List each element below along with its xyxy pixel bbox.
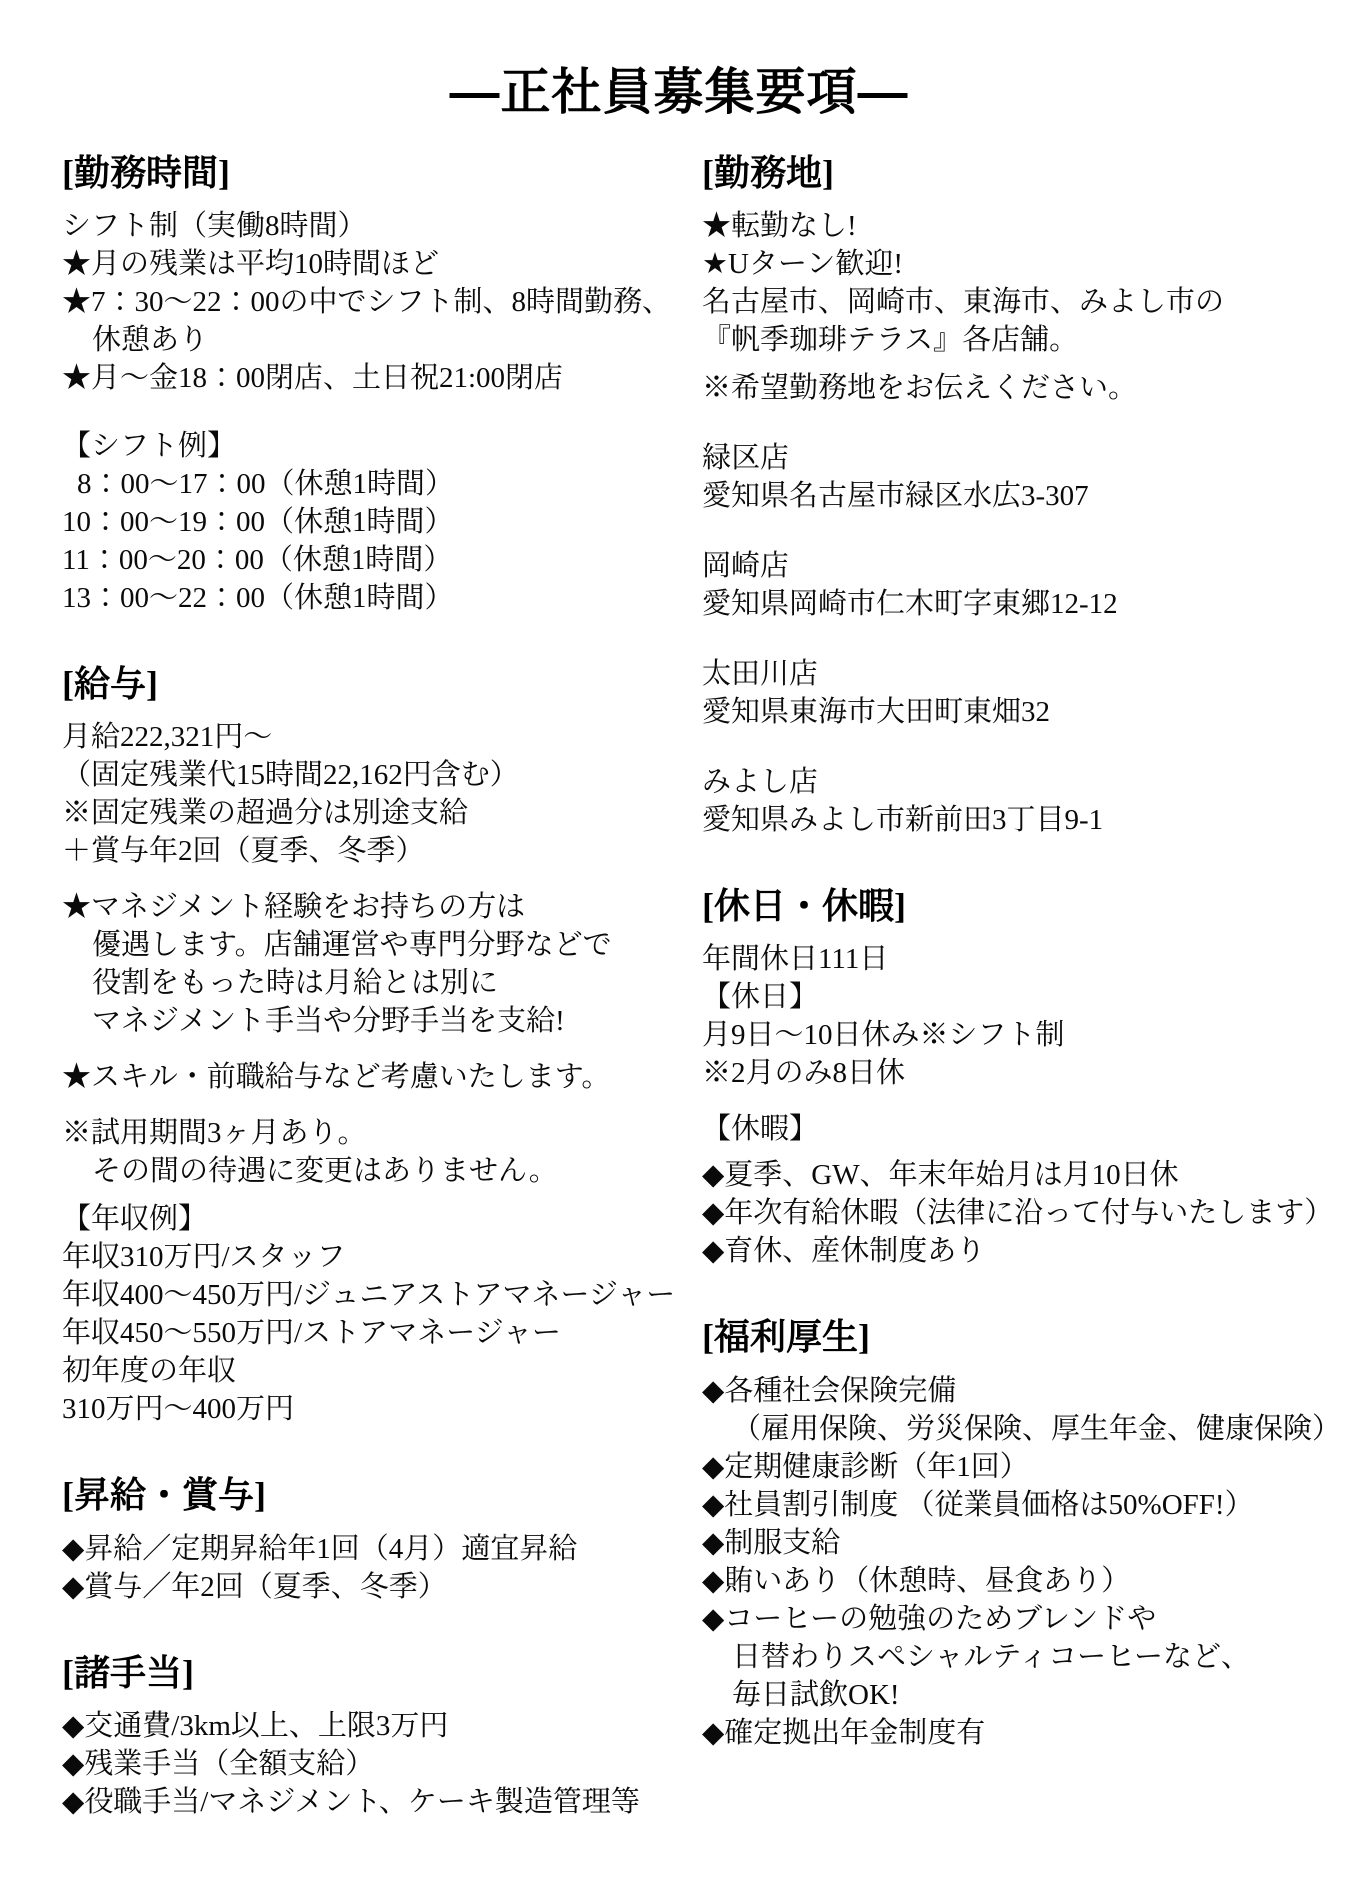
recruitment-document: ―正社員募集要項― [勤務時間] シフト制（実働8時間） ★月の残業は平均10時… bbox=[0, 0, 1358, 1890]
location-heading: [勤務地] bbox=[702, 152, 1328, 195]
shift-example-subheading: 【シフト例】 bbox=[62, 427, 702, 465]
store-address: 愛知県東海市大田町東畑32 bbox=[702, 693, 1328, 731]
benefits-line: ◆賄いあり（休憩時、昼食あり） bbox=[702, 1562, 1328, 1600]
vacation-line: ◆年次有給休暇（法律に沿って付与いたします） bbox=[702, 1194, 1328, 1232]
salary-skill-line: ★スキル・前職給与など考慮いたします。 bbox=[62, 1058, 702, 1096]
benefits-line: ◆制服支給 bbox=[702, 1524, 1328, 1562]
section-benefits: [福利厚生] ◆各種社会保険完備 （雇用保険、労災保険、厚生年金、健康保険） ◆… bbox=[702, 1316, 1328, 1751]
allowances-line: ◆交通費/3km以上、上限3万円 bbox=[62, 1707, 702, 1745]
salary-line: 月給222,321円～ bbox=[62, 718, 702, 756]
store-name: 緑区店 bbox=[702, 439, 1328, 477]
location-line: ★転勤なし! bbox=[702, 207, 1328, 245]
section-work-hours: [勤務時間] シフト制（実働8時間） ★月の残業は平均10時間ほど ★7：30～… bbox=[62, 152, 702, 397]
vacation-line: ◆育休、産休制度あり bbox=[702, 1232, 1328, 1270]
annual-income-line: 年収450～550万円/ストアマネージャー bbox=[62, 1314, 702, 1352]
two-column-layout: [勤務時間] シフト制（実働8時間） ★月の残業は平均10時間ほど ★7：30～… bbox=[0, 152, 1358, 1881]
raise-bonus-line: ◆賞与／年2回（夏季、冬季） bbox=[62, 1568, 702, 1606]
store-midoriku: 緑区店 愛知県名古屋市緑区水広3-307 bbox=[702, 439, 1328, 515]
section-allowances: [諸手当] ◆交通費/3km以上、上限3万円 ◆残業手当（全額支給） ◆役職手当… bbox=[62, 1652, 702, 1821]
benefits-line: ◆定期健康診断（年1回） bbox=[702, 1448, 1328, 1486]
location-line: ★Uターン歓迎! bbox=[702, 245, 1328, 283]
section-salary: [給与] 月給222,321円～ （固定残業代15時間22,162円含む） ※固… bbox=[62, 663, 702, 1428]
holiday-line: ※2月のみ8日休 bbox=[702, 1054, 1328, 1092]
annual-income-subheading: 【年収例】 bbox=[62, 1200, 702, 1238]
page-title: ―正社員募集要項― bbox=[0, 52, 1358, 124]
annual-income-line: 年収400～450万円/ジュニアストアマネージャー bbox=[62, 1276, 702, 1314]
salary-management-line: 優遇します。店舗運営や専門分野などで bbox=[62, 926, 702, 964]
store-name: 太田川店 bbox=[702, 655, 1328, 693]
benefits-line: ◆確定拠出年金制度有 bbox=[702, 1714, 1328, 1752]
salary-line: ＋賞与年2回（夏季、冬季） bbox=[62, 832, 702, 870]
work-hours-line: シフト制（実働8時間） bbox=[62, 207, 702, 245]
raise-bonus-heading: [昇給・賞与] bbox=[62, 1474, 702, 1517]
annual-income-line: 年収310万円/スタッフ bbox=[62, 1238, 702, 1276]
store-address: 愛知県みよし市新前田3丁目9-1 bbox=[702, 801, 1328, 839]
work-hours-line: 休憩あり bbox=[62, 321, 702, 359]
store-name: 岡崎店 bbox=[702, 547, 1328, 585]
shift-example-line: 13：00～22：00（休憩1時間） bbox=[62, 579, 702, 617]
raise-bonus-line: ◆昇給／定期昇給年1回（4月）適宜昇給 bbox=[62, 1530, 702, 1568]
salary-management-line: 役割をもった時は月給とは別に bbox=[62, 964, 702, 1002]
salary-trial-line: その間の待遇に変更はありません。 bbox=[62, 1152, 702, 1190]
store-name: みよし店 bbox=[702, 763, 1328, 801]
location-line: 『帆季珈琲テラス』各店舗。 bbox=[702, 321, 1328, 359]
allowances-line: ◆残業手当（全額支給） bbox=[62, 1745, 702, 1783]
store-miyoshi: みよし店 愛知県みよし市新前田3丁目9-1 bbox=[702, 763, 1328, 839]
shift-example-line: 10：00～19：00（休憩1時間） bbox=[62, 503, 702, 541]
salary-heading: [給与] bbox=[62, 663, 702, 706]
allowances-heading: [諸手当] bbox=[62, 1652, 702, 1695]
left-column: [勤務時間] シフト制（実働8時間） ★月の残業は平均10時間ほど ★7：30～… bbox=[62, 152, 702, 1821]
salary-trial-line: ※試用期間3ヶ月あり。 bbox=[62, 1114, 702, 1152]
section-holidays: [休日・休暇] 年間休日111日 【休日】 月9日～10日休み※シフト制 ※2月… bbox=[702, 885, 1328, 1270]
benefits-line: ◆社員割引制度 （従業員価格は50%OFF!） bbox=[702, 1486, 1328, 1524]
work-hours-heading: [勤務時間] bbox=[62, 152, 702, 195]
store-otagawa: 太田川店 愛知県東海市大田町東畑32 bbox=[702, 655, 1328, 731]
benefits-line: 毎日試飲OK! bbox=[702, 1676, 1328, 1714]
annual-income-line: 310万円～400万円 bbox=[62, 1390, 702, 1428]
benefits-heading: [福利厚生] bbox=[702, 1316, 1328, 1359]
benefits-line: ◆各種社会保険完備 bbox=[702, 1372, 1328, 1410]
salary-management-line: ★マネジメント経験をお持ちの方は bbox=[62, 888, 702, 926]
benefits-line: ◆コーヒーの勉強のためブレンドや bbox=[702, 1600, 1328, 1638]
section-shift-example: 【シフト例】 8：00～17：00（休憩1時間） 10：00～19：00（休憩1… bbox=[62, 427, 702, 617]
work-hours-line: ★月～金18：00閉店、土日祝21:00閉店 bbox=[62, 359, 702, 397]
salary-management-line: マネジメント手当や分野手当を支給! bbox=[62, 1002, 702, 1040]
section-raise-bonus: [昇給・賞与] ◆昇給／定期昇給年1回（4月）適宜昇給 ◆賞与／年2回（夏季、冬… bbox=[62, 1474, 702, 1605]
right-column: [勤務地] ★転勤なし! ★Uターン歓迎! 名古屋市、岡崎市、東海市、みよし市の… bbox=[702, 152, 1328, 1752]
store-address: 愛知県岡崎市仁木町字東郷12-12 bbox=[702, 585, 1328, 623]
benefits-line: 日替わりスペシャルティコーヒーなど、 bbox=[702, 1638, 1328, 1676]
store-address: 愛知県名古屋市緑区水広3-307 bbox=[702, 477, 1328, 515]
location-note: ※希望勤務地をお伝えください。 bbox=[702, 369, 1328, 407]
holidays-annual-line: 年間休日111日 bbox=[702, 940, 1328, 978]
shift-example-line: 11：00～20：00（休憩1時間） bbox=[62, 541, 702, 579]
vacation-line: ◆夏季、GW、年末年始月は月10日休 bbox=[702, 1156, 1328, 1194]
salary-line: （固定残業代15時間22,162円含む） bbox=[62, 756, 702, 794]
location-line: 名古屋市、岡崎市、東海市、みよし市の bbox=[702, 283, 1328, 321]
holiday-subheading: 【休日】 bbox=[702, 978, 1328, 1016]
section-location: [勤務地] ★転勤なし! ★Uターン歓迎! 名古屋市、岡崎市、東海市、みよし市の… bbox=[702, 152, 1328, 839]
work-hours-line: ★7：30～22：00の中でシフト制、8時間勤務、 bbox=[62, 283, 702, 321]
allowances-line: ◆役職手当/マネジメント、ケーキ製造管理等 bbox=[62, 1783, 702, 1821]
holiday-line: 月9日～10日休み※シフト制 bbox=[702, 1016, 1328, 1054]
store-okazaki: 岡崎店 愛知県岡崎市仁木町字東郷12-12 bbox=[702, 547, 1328, 623]
annual-income-line: 初年度の年収 bbox=[62, 1352, 702, 1390]
shift-example-line: 8：00～17：00（休憩1時間） bbox=[62, 465, 702, 503]
work-hours-line: ★月の残業は平均10時間ほど bbox=[62, 245, 702, 283]
benefits-line: （雇用保険、労災保険、厚生年金、健康保険） bbox=[702, 1410, 1328, 1448]
vacation-subheading: 【休暇】 bbox=[702, 1110, 1328, 1148]
salary-line: ※固定残業の超過分は別途支給 bbox=[62, 794, 702, 832]
holidays-heading: [休日・休暇] bbox=[702, 885, 1328, 928]
